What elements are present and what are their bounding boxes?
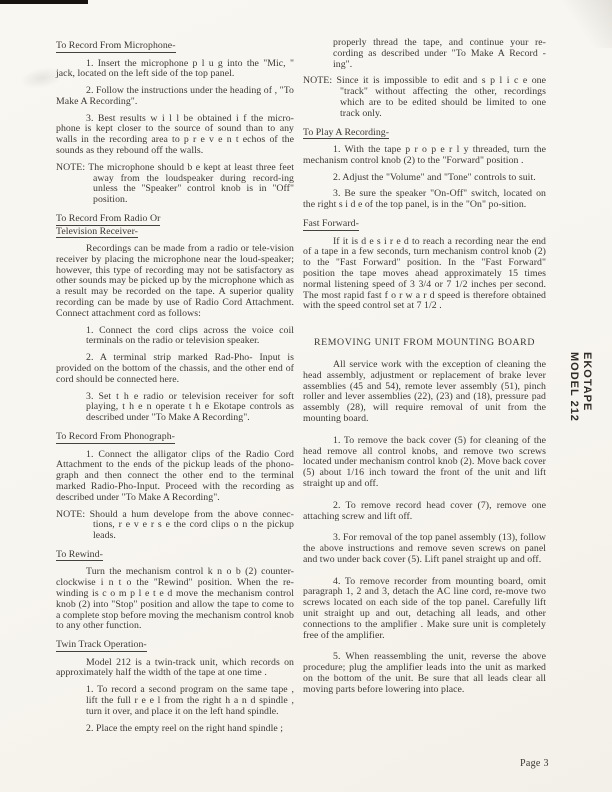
note-paragraph: NOTE: Since it is impossible to edit and…	[303, 76, 546, 119]
note-paragraph: NOTE: Should a hum develope from the abo…	[56, 510, 294, 542]
paragraph: 1. To remove the back cover (5) for clea…	[303, 436, 546, 490]
paragraph: If it is d e s i r e d to reach a record…	[303, 237, 546, 313]
edge-tab-line2: MODEL 212	[567, 352, 580, 422]
paragraph: Turn the mechanism control k n o b (2) c…	[56, 567, 294, 632]
section-heading: Twin Track Operation-	[56, 639, 294, 652]
scan-artifact-top-bar	[0, 0, 88, 4]
paragraph: 3. For removal of the top panel assembly…	[303, 533, 546, 565]
section-heading-line: To Record From Microphone-	[56, 40, 294, 53]
edge-tab-line1: EKOTAPE	[580, 352, 593, 422]
paragraph: 1. Connect the alligator clips of the Ra…	[56, 450, 294, 504]
manual-page: To Record From Microphone-1. Insert the …	[0, 0, 612, 792]
paragraph: 2. A terminal strip marked Rad-Pho- Inpu…	[56, 353, 294, 385]
section-heading-line: To Record From Phonograph-	[56, 431, 294, 444]
section-heading: To Record From Phonograph-	[56, 431, 294, 444]
list-item: 2. Place the empty reel on the right han…	[86, 724, 294, 735]
section-heading: To Play A Recording-	[303, 127, 546, 140]
section-heading-line: Television Receiver-	[56, 226, 294, 239]
paragraph: Recordings can be made from a radio or t…	[56, 244, 294, 320]
section-heading-line: To Rewind-	[56, 549, 294, 562]
right-text-column: properly thread the tape, and continue y…	[303, 38, 546, 707]
note-paragraph: NOTE: The microphone should b e kept at …	[56, 163, 294, 206]
section-heading-line: Twin Track Operation-	[56, 639, 294, 652]
list-item: 1. Connect the cord clips across the voi…	[86, 326, 294, 348]
paragraph: 2. Adjust the "Volume" and "Tone" contro…	[303, 173, 546, 184]
chapter-heading: REMOVING UNIT FROM MOUNTING BOARD	[303, 338, 546, 349]
paragraph: 1. With the tape p r o p e r l y threade…	[303, 145, 546, 167]
edge-tab-model-label: EKOTAPE MODEL 212	[567, 352, 593, 422]
section-heading-line: Fast Forward-	[303, 218, 546, 231]
section-heading: To Record From Microphone-	[56, 40, 294, 53]
paragraph: 1. Insert the microphone p l u g into th…	[56, 59, 294, 81]
list-item: 3. Set t h e radio or television receive…	[86, 392, 294, 424]
section-heading-line: To Record From Radio Or	[56, 213, 294, 226]
section-heading: To Record From Radio OrTelevision Receiv…	[56, 213, 294, 238]
paragraph: 5. When reassembling the unit, reverse t…	[303, 652, 546, 695]
paragraph: Model 212 is a twin-track unit, which re…	[56, 658, 294, 680]
paragraph: 3. Be sure the speaker "On-Off" switch, …	[303, 189, 546, 211]
paragraph: 2. Follow the instructions under the hea…	[56, 86, 294, 108]
page-number: Page 3	[520, 758, 549, 769]
section-heading: To Rewind-	[56, 549, 294, 562]
scan-artifact-corner-shade	[550, 0, 612, 48]
list-item: properly thread the tape, and continue y…	[333, 38, 546, 70]
paragraph: 4. To remove recorder from mounting boar…	[303, 577, 546, 642]
paragraph: 2. To remove record head cover (7), remo…	[303, 501, 546, 523]
section-heading: Fast Forward-	[303, 218, 546, 231]
paragraph: 3. Best results w i l l be obtained i f …	[56, 114, 294, 157]
list-item: 1. To record a second program on the sam…	[86, 685, 294, 717]
section-heading-line: To Play A Recording-	[303, 127, 546, 140]
paragraph: All service work with the exception of c…	[303, 360, 546, 425]
left-text-column: To Record From Microphone-1. Insert the …	[56, 40, 294, 740]
